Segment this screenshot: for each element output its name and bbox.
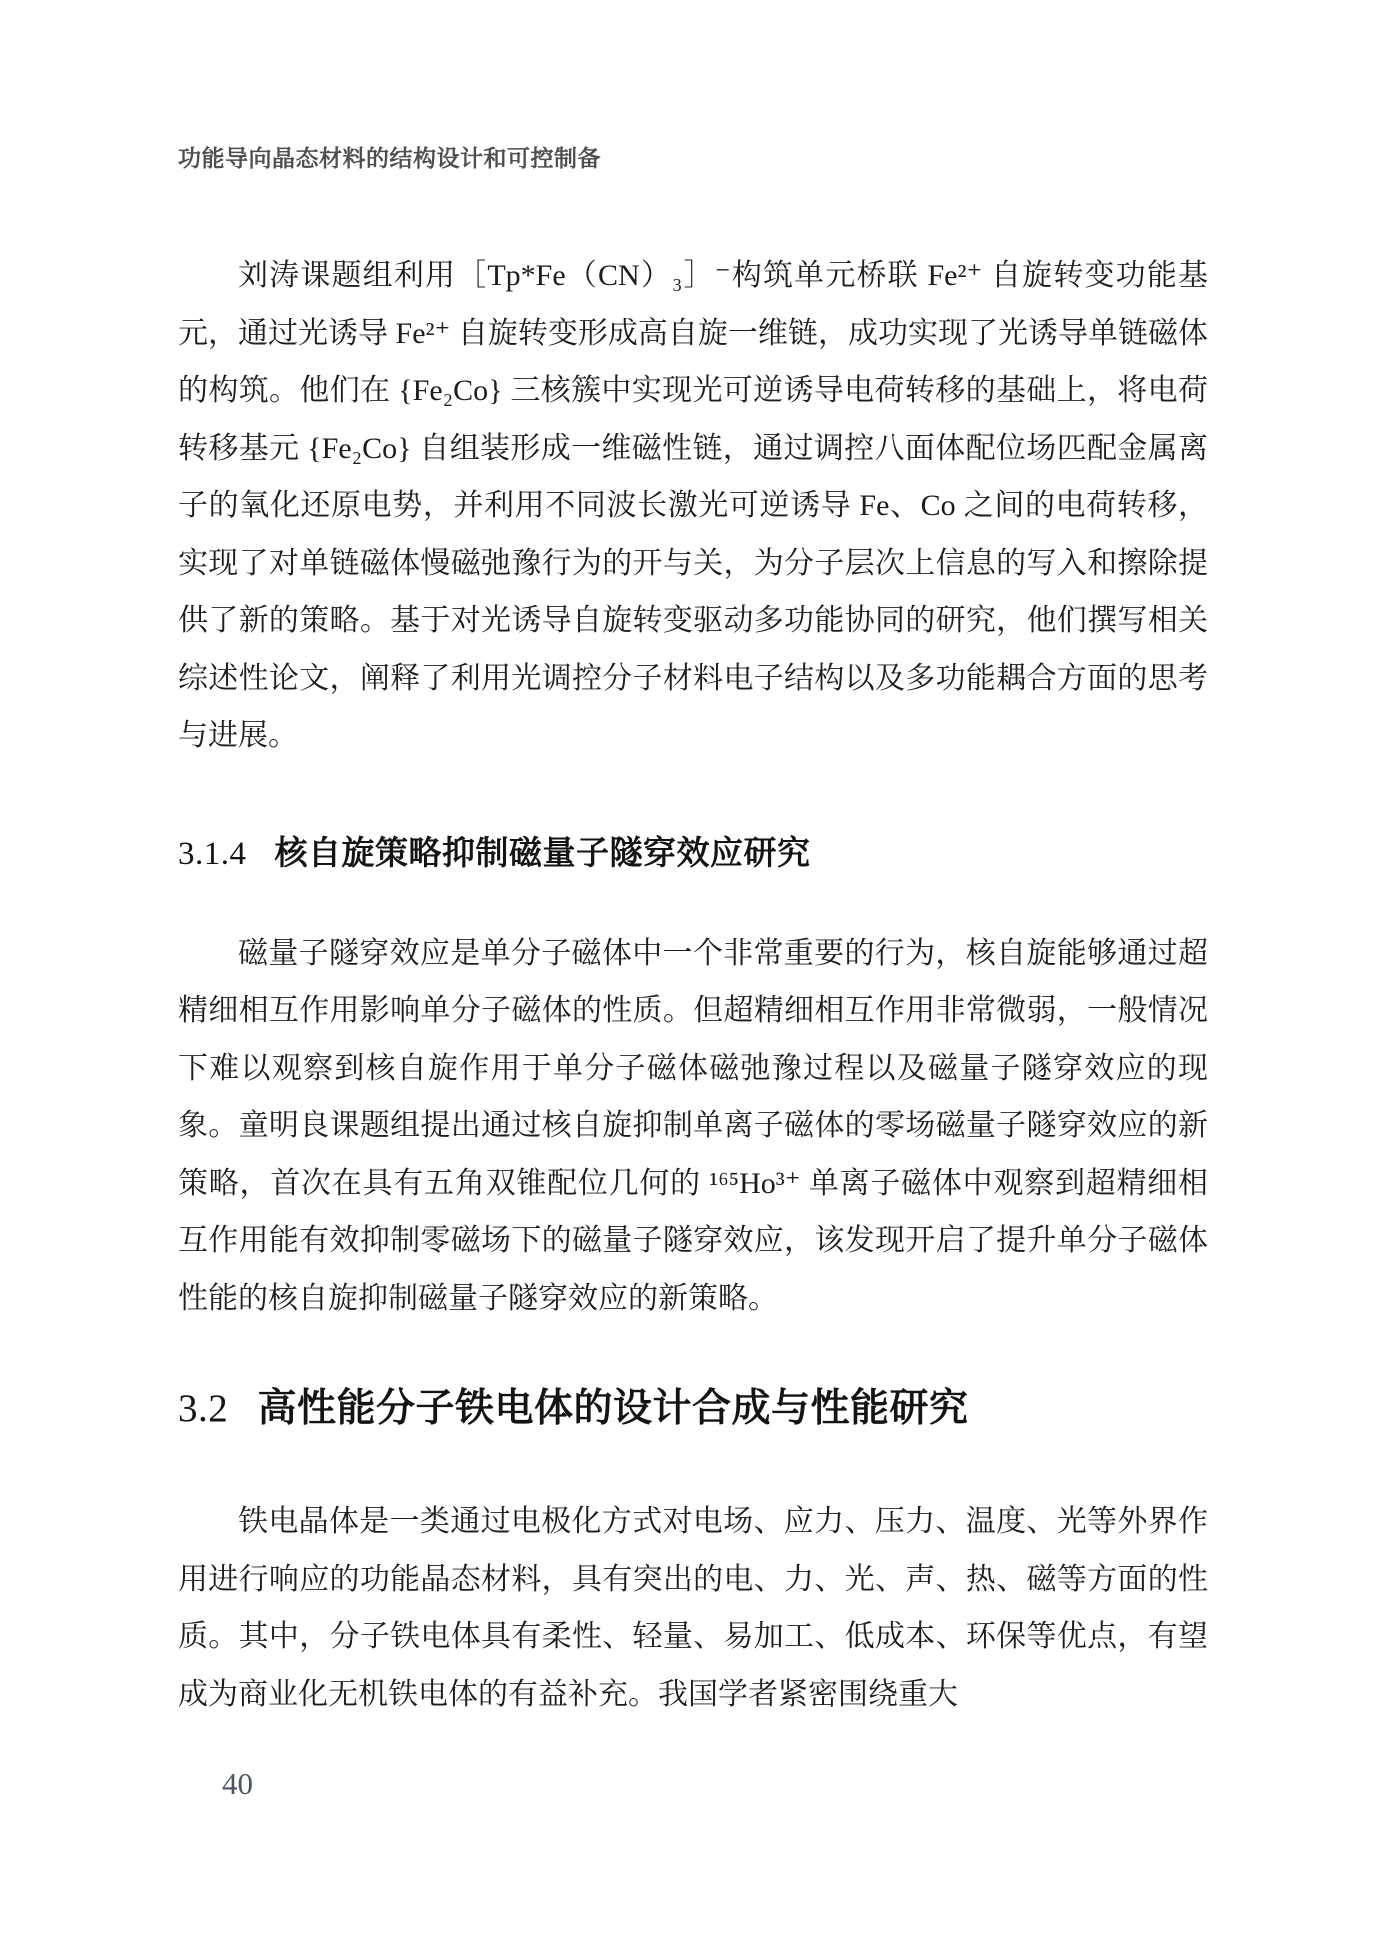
section-heading-3-2: 3.2高性能分子铁电体的设计合成与性能研究 — [178, 1377, 1208, 1433]
page-content: 功能导向晶态材料的结构设计和可控制备 刘涛课题组利用［Tp*Fe（CN）₃］⁻构… — [178, 0, 1208, 1723]
section-number: 3.2 — [178, 1387, 228, 1430]
page-number: 40 — [222, 1766, 253, 1802]
paragraph-quantum-tunneling: 磁量子隧穿效应是单分子磁体中一个非常重要的行为，核自旋能够通过超精细相互作用影响… — [178, 925, 1208, 1328]
running-head: 功能导向晶态材料的结构设计和可控制备 — [178, 0, 1208, 173]
section-title: 高性能分子铁电体的设计合成与性能研究 — [258, 1387, 969, 1430]
section-title: 核自旋策略抑制磁量子隧穿效应研究 — [275, 836, 811, 872]
paragraph-liu-tao-research: 刘涛课题组利用［Tp*Fe（CN）₃］⁻构筑单元桥联 Fe²⁺ 自旋转变功能基元… — [178, 247, 1208, 765]
paragraph-ferroelectric-crystals: 铁电晶体是一类通过电极化方式对电场、应力、压力、温度、光等外界作用进行响应的功能… — [178, 1493, 1208, 1723]
document-page: 功能导向晶态材料的结构设计和可控制备 刘涛课题组利用［Tp*Fe（CN）₃］⁻构… — [0, 0, 1386, 1937]
section-number: 3.1.4 — [178, 836, 247, 872]
section-heading-3-1-4: 3.1.4核自旋策略抑制磁量子隧穿效应研究 — [178, 827, 1208, 874]
